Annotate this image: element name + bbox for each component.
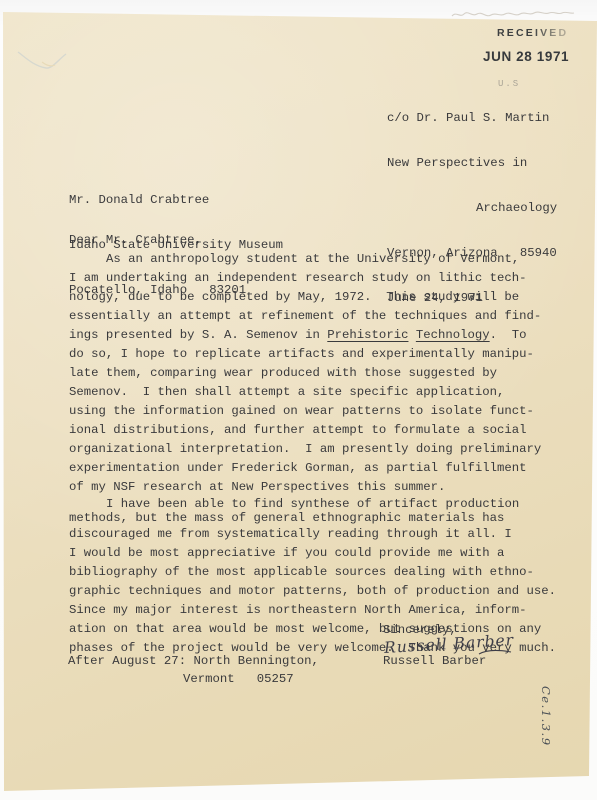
- letter-body-line: graphic techniques and motor patterns, b…: [69, 583, 569, 602]
- letter-body-line: ional distributions, and further attempt…: [69, 422, 569, 441]
- forwarding-address-line-1: After August 27: North Bennington,: [68, 655, 319, 668]
- letter-body-line: I am undertaking an independent research…: [69, 270, 569, 289]
- letter-body-line: ings presented by S. A. Semenov in Prehi…: [69, 327, 569, 346]
- date-received-stamp: JUN 28 1971: [483, 49, 569, 64]
- recipient-name: Mr. Donald Crabtree: [69, 192, 283, 211]
- letter-body-line: essentially an attempt at refinement of …: [69, 308, 569, 327]
- letter-body: As an anthropology student at the Univer…: [69, 251, 569, 659]
- letter-body-line: As an anthropology student at the Univer…: [69, 251, 569, 270]
- letter-body-line: I have been able to find synthese of art…: [69, 498, 569, 512]
- letter-body-line: nology, due to be completed by May, 1972…: [69, 289, 569, 308]
- typed-signature-name: Russell Barber: [383, 655, 486, 668]
- scanned-letter-page: RECEIVED JUN 28 1971 U.S c/o Dr. Paul S.…: [0, 0, 597, 800]
- salutation: Dear Mr. Crabtree,: [69, 234, 202, 247]
- letter-body-line: Since my major interest is northeastern …: [69, 602, 569, 621]
- sender-org-line-2: Archaeology: [387, 200, 557, 219]
- letter-body-line: organizational interpretation. I am pres…: [69, 441, 569, 460]
- letter-body-line: of my NSF research at New Perspectives t…: [69, 479, 569, 498]
- sender-org-line-1: New Perspectives in: [387, 155, 557, 174]
- letter-body-line: Semenov. I then shall attempt a site spe…: [69, 384, 569, 403]
- letter-body-line: do so, I hope to replicate artifacts and…: [69, 346, 569, 365]
- letter-body-line: experimentation under Frederick Gorman, …: [69, 460, 569, 479]
- underlined-book-title: Technology: [416, 328, 490, 342]
- letter-body-line: bibliography of the most applicable sour…: [69, 564, 569, 583]
- received-stamp: RECEIVED: [497, 27, 568, 39]
- letter-body-line: late them, comparing wear produced with …: [69, 365, 569, 384]
- archive-code: Ce.1.3.9: [539, 686, 553, 747]
- underlined-book-title: Prehistoric: [327, 328, 408, 342]
- letter-body-line: I would be most appreciative if you coul…: [69, 545, 569, 564]
- letter-body-line: using the information gained on wear pat…: [69, 403, 569, 422]
- sender-care-of-line: c/o Dr. Paul S. Martin: [387, 110, 557, 129]
- letter-body-line: methods, but the mass of general ethnogr…: [69, 512, 569, 526]
- forwarding-address-line-2: Vermont 05257: [183, 673, 294, 686]
- letter-body-line: discouraged me from systematically readi…: [69, 526, 569, 545]
